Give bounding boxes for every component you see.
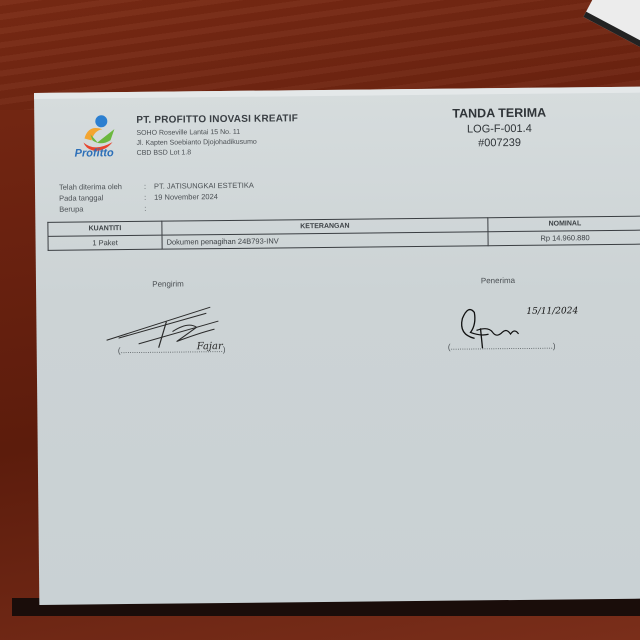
receiver-label: Penerima <box>418 275 578 286</box>
received-date: 19 November 2024 <box>154 192 218 202</box>
company-block: PT. PROFITTO INOVASI KREATIF SOHO Rosevi… <box>136 113 298 159</box>
items-table: KUANTITI KETERANGAN NOMINAL 1 Paket Doku… <box>47 216 640 251</box>
receiver-signature-block: Penerima 15/11/2024 (...................… <box>418 275 578 286</box>
sender-label: Pengirim <box>88 279 248 290</box>
address-line: CBD BSD Lot 1.8 <box>137 147 299 159</box>
receipt-document: Profitto PT. PROFITTO INOVASI KREATIF SO… <box>34 87 640 605</box>
sender-signature-block: Pengirim Fajar (........................… <box>88 279 248 290</box>
receiver-signature: 15/11/2024 <box>418 287 589 349</box>
sender-signature: Fajar <box>88 291 249 353</box>
svg-text:15/11/2024: 15/11/2024 <box>526 306 578 317</box>
received-by: PT. JATISUNGKAI ESTETIKA <box>154 181 254 191</box>
cell-description: Dokumen penagihan 24B793-INV <box>162 232 488 249</box>
receiver-name-line: (.......................................… <box>447 342 557 352</box>
title-block: TANDA TERIMA LOG-F-001.4 #007239 <box>429 105 569 149</box>
sender-name-line: (.......................................… <box>117 345 227 355</box>
logo-text: Profitto <box>75 147 114 159</box>
document-number: #007239 <box>429 136 569 149</box>
receipt-info: Telah diterima oleh : PT. JATISUNGKAI ES… <box>59 180 254 215</box>
document-title: TANDA TERIMA <box>429 105 569 120</box>
cell-nominal: Rp 14.960.880 <box>488 230 640 246</box>
header-quantity: KUANTITI <box>48 221 162 236</box>
form-code: LOG-F-001.4 <box>429 122 569 135</box>
info-row: Berupa : <box>59 202 254 215</box>
cell-quantity: 1 Paket <box>48 235 162 250</box>
company-name: PT. PROFITTO INOVASI KREATIF <box>136 113 298 126</box>
